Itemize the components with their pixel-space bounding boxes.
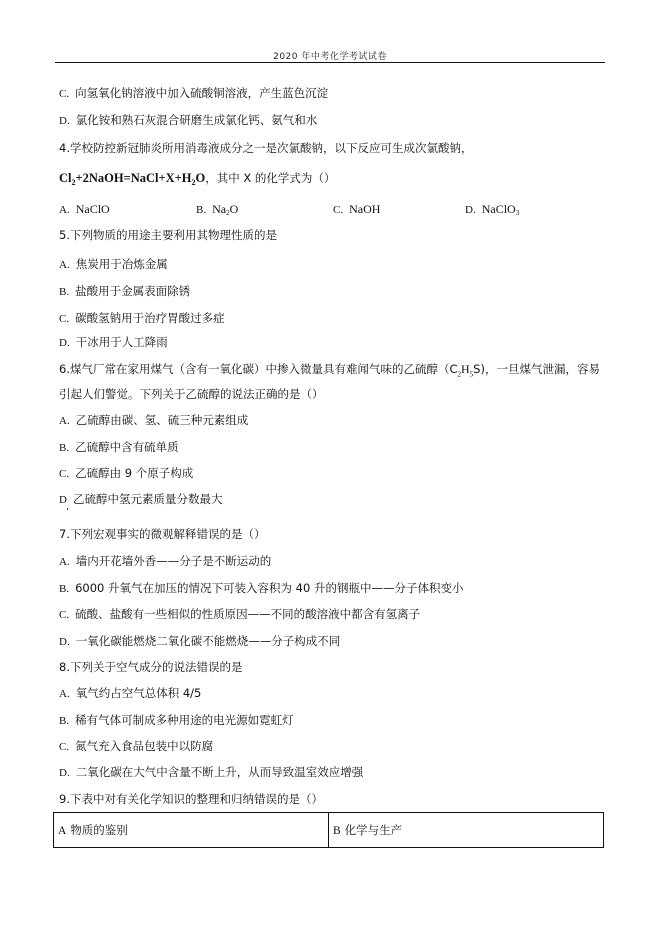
q7-option-d: D.一氧化碳能燃烧二氧化碳不能燃烧——分子构成不同 xyxy=(59,634,340,649)
option-text: 向氢氧化钠溶液中加入硫酸铜溶液，产生蓝色沉淀 xyxy=(75,86,328,100)
q4-option-d: D.NaClO3 xyxy=(465,202,519,217)
q5-option-a: A.焦炭用于冶炼金属 xyxy=(59,257,168,272)
q8-option-b: B.稀有气体可制成多种用途的电光源如霓虹灯 xyxy=(59,713,294,728)
q3-option-c: C.向氢氧化钠溶液中加入硫酸铜溶液，产生蓝色沉淀 xyxy=(59,86,328,101)
table-cell-a: A物质的鉴别 xyxy=(54,813,329,848)
q6-option-d: D乙硫醇中氢元素质量分数最大 xyxy=(59,492,222,507)
table-row: A物质的鉴别 B化学与生产 xyxy=(54,813,604,848)
q4-option-c: C.NaOH xyxy=(333,202,380,217)
option-text: 氯化铵和熟石灰混合研磨生成氯化钙、氨气和水 xyxy=(76,113,318,127)
q5-option-b: B.盐酸用于金属表面除锈 xyxy=(59,284,190,299)
q9-stem: 9.下表中对有关化学知识的整理和归纳错误的是（） xyxy=(59,792,323,806)
q6-option-a: A.乙硫醇由碳、氢、硫三种元素组成 xyxy=(59,413,248,428)
chemical-equation: Cl2+2NaOH=NaCl+X+H2O xyxy=(59,171,205,185)
q8-option-d: D.二氧化碳在大气中含量不断上升，从而导致温室效应增强 xyxy=(59,765,363,780)
q8-option-a: A.氧气约占空气总体积 4/5 xyxy=(59,686,201,701)
table-cell-b: B化学与生产 xyxy=(329,813,604,848)
q4-option-b: B.Na2O xyxy=(196,202,238,217)
q4-stem-line1: 4.学校防控新冠肺炎所用消毒液成分之一是次氯酸钠，以下反应可生成次氯酸钠， xyxy=(59,141,472,155)
q6-option-b: B.乙硫醇中含有硫单质 xyxy=(59,440,179,455)
q7-option-b: B.6000 升氧气在加压的情况下可装入容积为 40 升的钢瓶中——分子体积变小 xyxy=(59,581,463,596)
q7-option-c: C.硫酸、盐酸有一些相似的性质原因——不同的酸溶液中都含有氢离子 xyxy=(59,607,420,622)
q6-stem-line2: 引起人们警觉。下列关于乙硫醇的说法正确的是（） xyxy=(59,387,324,401)
q9-table: A物质的鉴别 B化学与生产 xyxy=(53,812,604,848)
q5-option-c: C.碳酸氢钠用于治疗胃酸过多症 xyxy=(59,311,225,326)
q5-option-d: D.干冰用于人工降雨 xyxy=(59,335,168,350)
q8-stem: 8.下列关于空气成分的说法错误的是 xyxy=(59,660,242,674)
option-letter: D. xyxy=(59,115,70,127)
option-letter: C. xyxy=(59,88,69,100)
q8-option-c: C.氮气充入食品包装中以防腐 xyxy=(59,739,213,754)
q7-stem: 7.下列宏观事实的微观解释错误的是（） xyxy=(59,527,265,541)
q4-equation-line: Cl2+2NaOH=NaCl+X+H2O，其中 X 的化学式为（） xyxy=(59,171,335,190)
q5-stem: 5.下列物质的用途主要利用其物理性质的是 xyxy=(59,228,277,242)
q4-stem-line2: ，其中 X 的化学式为（） xyxy=(205,171,335,185)
header-title: 2020 年中考化学考试试卷 xyxy=(55,49,605,62)
q4-option-a: A.NaClO xyxy=(59,202,110,217)
header-divider xyxy=(55,62,605,63)
q7-option-a: A.墙内开花墙外香——分子是不断运动的 xyxy=(59,554,271,569)
q6-stem-line1: 6.煤气厂常在家用煤气（含有一氧化碳）中掺入微量具有难闻气味的乙硫醇（C2H5S… xyxy=(59,362,600,381)
q6-option-c: C.乙硫醇由 9 个原子构成 xyxy=(59,466,193,481)
stray-mark xyxy=(67,508,68,510)
q3-option-d: D.氯化铵和熟石灰混合研磨生成氯化钙、氨气和水 xyxy=(59,113,317,128)
